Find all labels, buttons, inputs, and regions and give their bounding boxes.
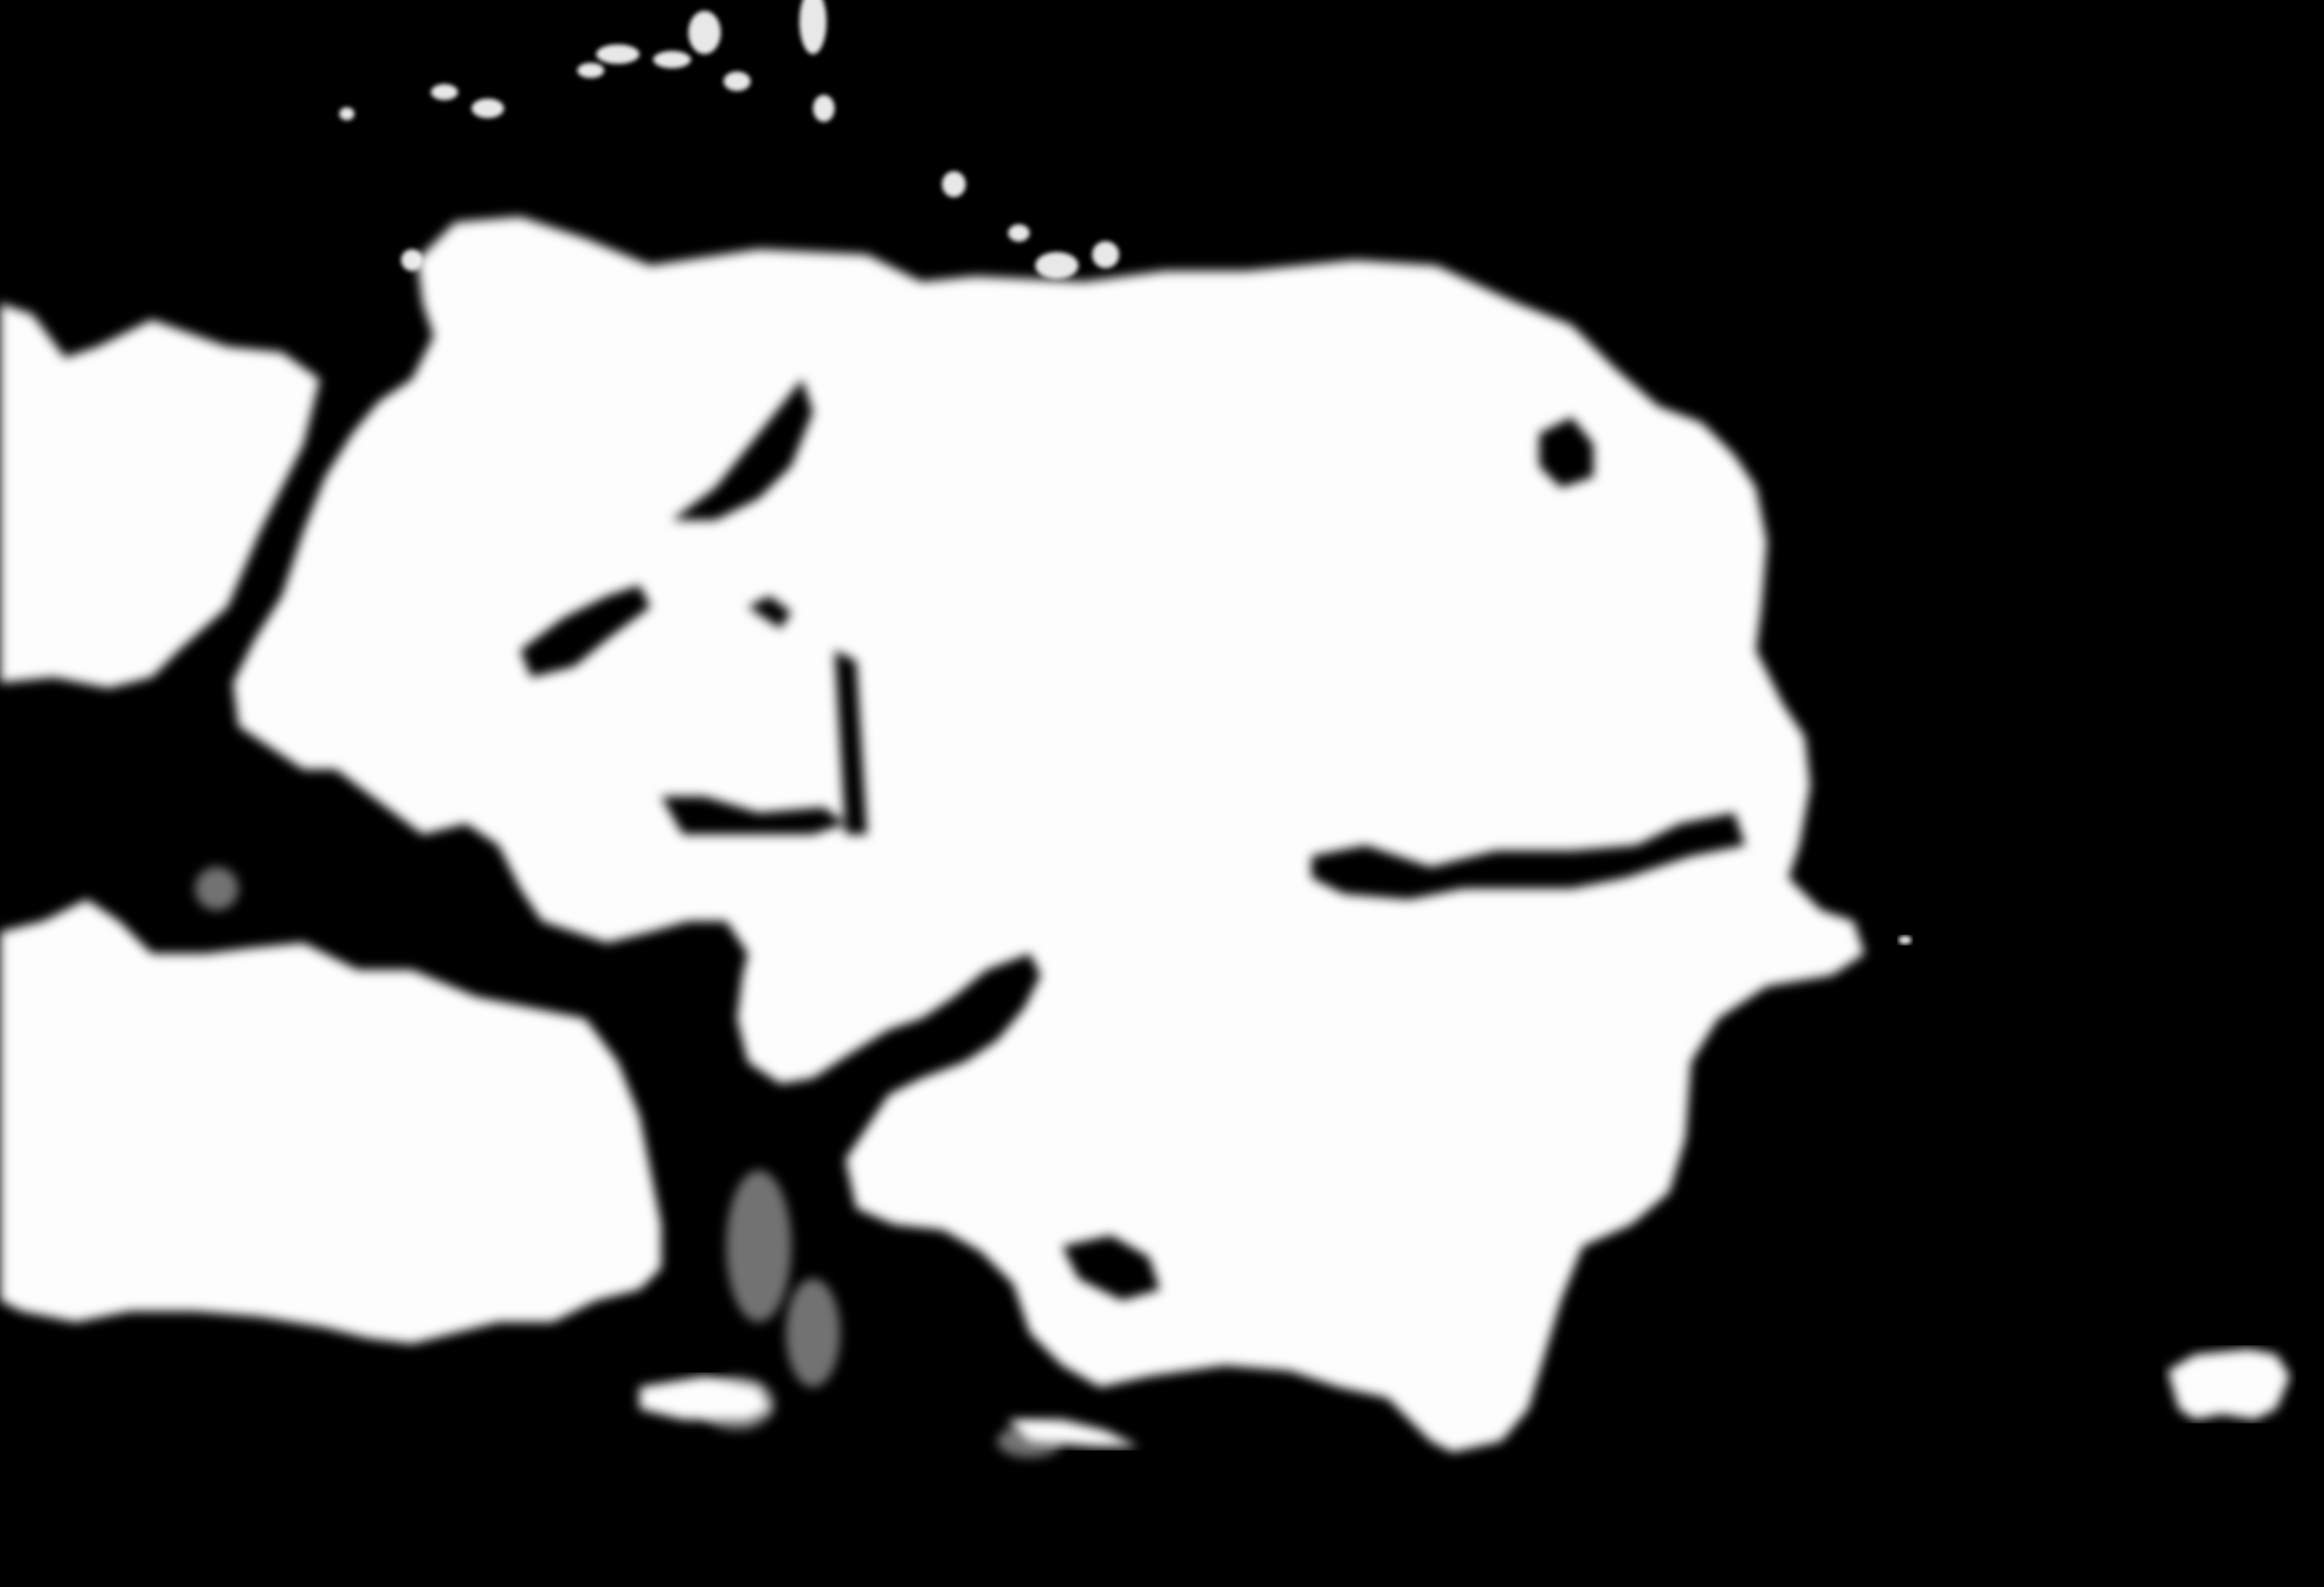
cloud-speck-right [1899, 936, 1912, 944]
cloud-scene [0, 0, 2324, 1587]
